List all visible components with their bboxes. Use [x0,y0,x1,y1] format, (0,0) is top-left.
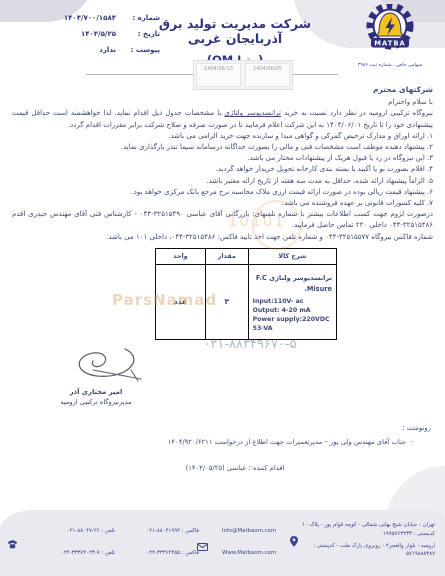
urmia-fax-line: فاکس : ۰۴۴-۳۳۳۶۲۲۵۵ [117,549,199,557]
attachment-value: ندارد [12,46,116,54]
column-header-quantity: مقدار [205,248,248,264]
condition-item-1: ۱. ارائه اوراق و مدارک ترخیص گمرکی و گوا… [12,131,433,142]
intro-underlined-term: ترانسدیوسر ولتاژی [224,109,281,117]
cc-bullet: - [411,438,413,446]
tehran-postal-code: کدپستی : ۱۹۹۵۷۶۳۲۳۳ [293,530,435,538]
footer-email: Info@Matbaom.com [211,527,287,535]
condition-item-4: ۴. اقلام بصورت نو یا آکبند با بسته بندی … [12,164,433,175]
salutation-line: با سلام واحترام [12,97,433,108]
column-header-description: شرح کالا [248,248,336,264]
date-value: ۱۴۰۴/۵/۲۵ [12,30,116,38]
table-row: ترانسدیوسر ولتاژی F.C .Misure Input:110V… [156,265,337,340]
tehran-fax-number: ۰۲۱-۸۸۰۴۱۹۹۴ [146,527,180,535]
recipient-line: شرکتهای محترم [12,84,433,95]
footer-band: تهران : خیابان شیخ بهایی شمالی - کوچه قو… [0,510,445,576]
signer-title: مدیرنیروگاه ترکیبی ارومیه [34,398,158,406]
cc-item: - جناب آقای مهندس ولی پور – مدیرتعمیرات … [14,438,431,446]
matba-logo-icon: MATBA [359,43,421,62]
company-name: شرکت مدیریت تولید برق آذربایجان غربی [129,16,341,46]
intro-before: نیروگاه ترکیبی ارومیه در نظر دارد نسبت ب… [281,109,433,117]
contact-info-line-2: شماره فاکس نیروگاه ۳۲۵۱۵۵۷۷-۰۴۴ و شماره … [12,232,433,243]
item-title: ترانسدیوسر ولتاژی F.C .Misure [253,273,332,295]
telephone-icon [7,534,18,553]
table-header-row: شرح کالا مقدار واحد [156,248,337,264]
item-specs: Input:110V- ac Output: 4-20 mA Power sup… [253,297,332,333]
company-logo-block: MATBA سهامی خاص ، شماره ثبت ۳۹۸۶ [351,4,429,68]
tehran-fax-label: فاکس : [182,528,199,534]
column-header-unit: واحد [156,248,206,264]
signature-block: امیر مختاری آذر مدیرنیروگاه ترکیبی ارومی… [34,346,158,406]
urmia-fax-number: ۰۴۴-۳۳۳۶۲۲۵۵ [146,549,180,557]
spec-output: Output: 4-20 mA [253,306,332,315]
company-registration: سهامی خاص ، شماره ثبت ۳۹۸۶ [351,63,429,68]
urmia-fax-label: فاکس : [182,550,199,556]
condition-item-5: ۵. الزاماً پیشنهاد ارائه شده، حداقل به م… [12,176,433,187]
condition-item-6: ۶. پیشنهاد قیمت ریالی بوده در صورت ارائه… [12,187,433,198]
tehran-fax-line: فاکس : ۰۲۱-۸۸۰۴۱۹۹۴ [117,527,199,535]
item-quantity-cell: ۳ [205,265,248,340]
cc-block: رونوشت : - جناب آقای مهندس ولی پور – مدی… [14,424,431,446]
urmia-phone-label: تلفن : [101,550,115,556]
svg-text:MATBA: MATBA [374,39,406,47]
tehran-phone-label: تلفن : [101,528,115,534]
number-value: ۱۴۰۴/۷۰۰/۱۵۸۴ [12,14,116,22]
letter-page: شماره : ۱۴۰۴/۷۰۰/۱۵۸۴ تاریخ : ۱۴۰۴/۵/۲۵ … [0,0,445,576]
tehran-phone-line: تلفن : ۰۲۱-۸۸۰۴۷-۲۶ [27,527,115,535]
spec-power-supply: Power supply:220VDC [253,315,332,324]
urmia-phone-line: تلفن : ۰۴۴-۳۳۳۷۴۰۲۳-۷ [27,549,115,557]
cc-label: رونوشت : [14,424,431,432]
cc-item-text: جناب آقای مهندس ولی پور – مدیرتعمیرات جه… [168,438,406,446]
footer-addresses: تهران : خیابان شیخ بهایی شمالی - کوچه قو… [293,521,435,558]
letter-body: شرکتهای محترم با سلام واحترام نیروگاه تر… [12,84,433,343]
tehran-address: تهران : خیابان شیخ بهایی شمالی - کوچه قو… [293,521,435,529]
urmia-phone-number: ۰۴۴-۳۳۳۷۴۰۲۳-۷ [61,549,100,557]
item-description-cell: ترانسدیوسر ولتاژی F.C .Misure Input:110V… [248,265,336,340]
item-specification-table: شرح کالا مقدار واحد ترانسدیوسر ولتاژی F.… [155,248,337,340]
condition-item-7: ۷. کلیه کسورات قانونی بر عهده فروشنده می… [12,198,433,209]
urmia-address: ارومیه : بلوار والفجر۲ - روبروی پارک ملت… [293,542,435,558]
condition-item-3: ۳. این نیروگاه در رد یا قبول هریک از پیش… [12,153,433,164]
footer-website: Www.Matbaom.com [211,549,287,557]
item-unit-cell: عدد [156,265,206,340]
spec-burden: 53-VA [253,324,332,333]
intro-paragraph: نیروگاه ترکیبی ارومیه در نظر دارد نسبت ب… [12,108,433,130]
contact-info-line-1: درصورت لزوم جهت کسب اطلاعات بیشتر با شما… [12,209,433,231]
action-by-line: اقدام کننده : عباسی (۱۴۰۴/۰۵/۲۵) [110,464,360,472]
location-pin-icon [290,532,298,551]
condition-item-2: ۲. پیشنهاد دهنده موظف است مشخصات فنی و م… [12,142,433,153]
spec-input: Input:110V- ac [253,297,332,306]
tehran-phone-number: ۰۲۱-۸۸۰۴۷-۲۶ [67,527,100,535]
